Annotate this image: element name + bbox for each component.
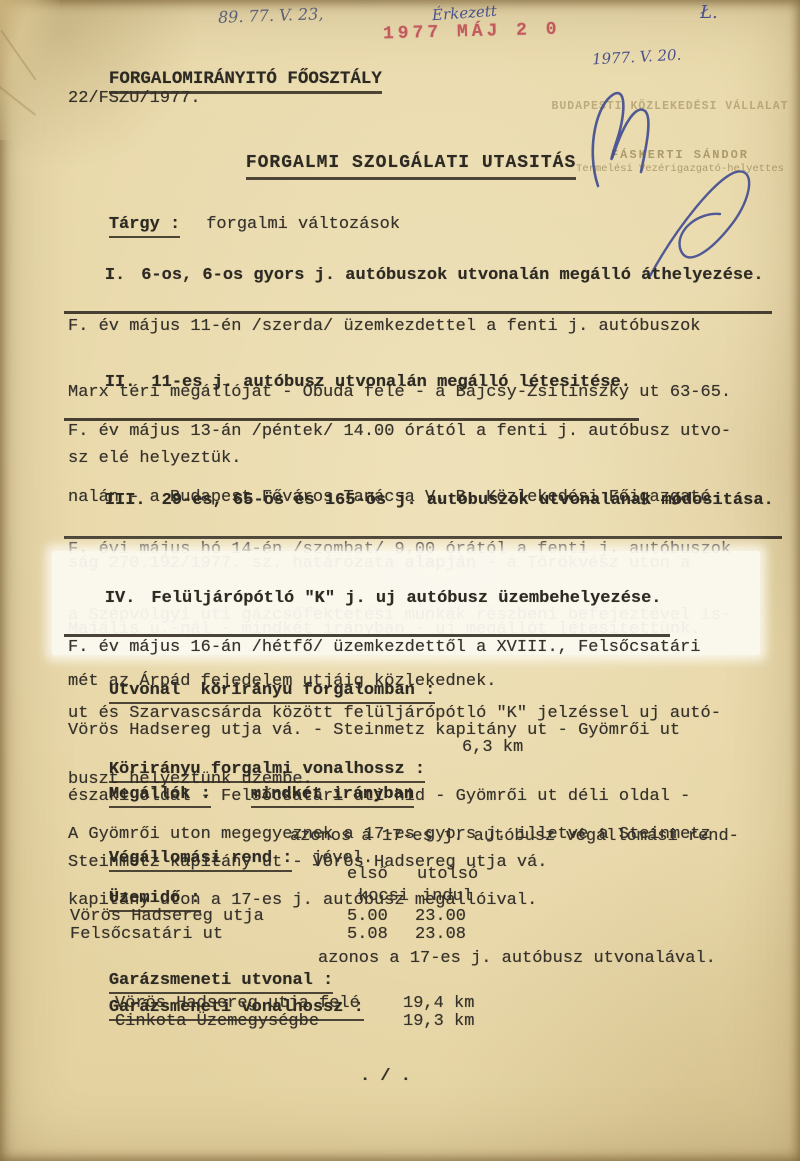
handwritten-date: 1977. V. 20. [592,46,682,69]
reference-number: 22/FSZU/1977. [68,88,201,110]
handwritten-note-top: 89. 77. V. 23, [218,4,324,27]
body-line: F. év május 13-án /péntek/ 14.00 órától … [68,421,731,443]
schedule-row-stop: Felsőcsatári ut [70,924,223,946]
garage-row-value: 19,3 km [403,1011,474,1033]
garage-row-name: Cinkota Üzemegységbe [115,1011,319,1033]
subject-value: forgalmi változások [206,215,400,234]
schedule-header-first: első [347,864,388,886]
date-stamp-red: 1977 MÁJ 2 0 [383,20,561,45]
scanned-document-page: 89. 77. V. 23, Érkezett 1977 MÁJ 2 0 Ł. … [0,0,800,1161]
document-title-wrap: FORGALMI SZOLGÁLATI UTASITÁS [205,130,576,197]
subject-label: Tárgy : [109,215,180,238]
schedule-header-last: utolsó [417,864,478,886]
body-line: F. év május 16-án /hétfő/ üzemkezdettől … [68,637,721,659]
terminus-value: azonos a 17-es j. autóbusz végállomási r… [290,826,739,848]
schedule-row-first: 5.08 [347,924,388,946]
schedule-header-first2: kocsi [358,886,409,908]
schedule-header-last2: indul [422,886,473,908]
document-title: FORGALMI SZOLGÁLATI UTASITÁS [246,153,576,180]
schedule-row-last: 23.08 [415,924,466,946]
length-value: 6,3 km [462,737,523,759]
garage-route-value: azonos a 17-es j. autóbusz utvonalával. [318,948,716,970]
handwritten-initial: Ł. [700,2,718,23]
body-line: F. év május 11-én /szerda/ üzemkezdettel… [68,316,731,338]
page-continuation-marker: . / . [360,1066,411,1088]
